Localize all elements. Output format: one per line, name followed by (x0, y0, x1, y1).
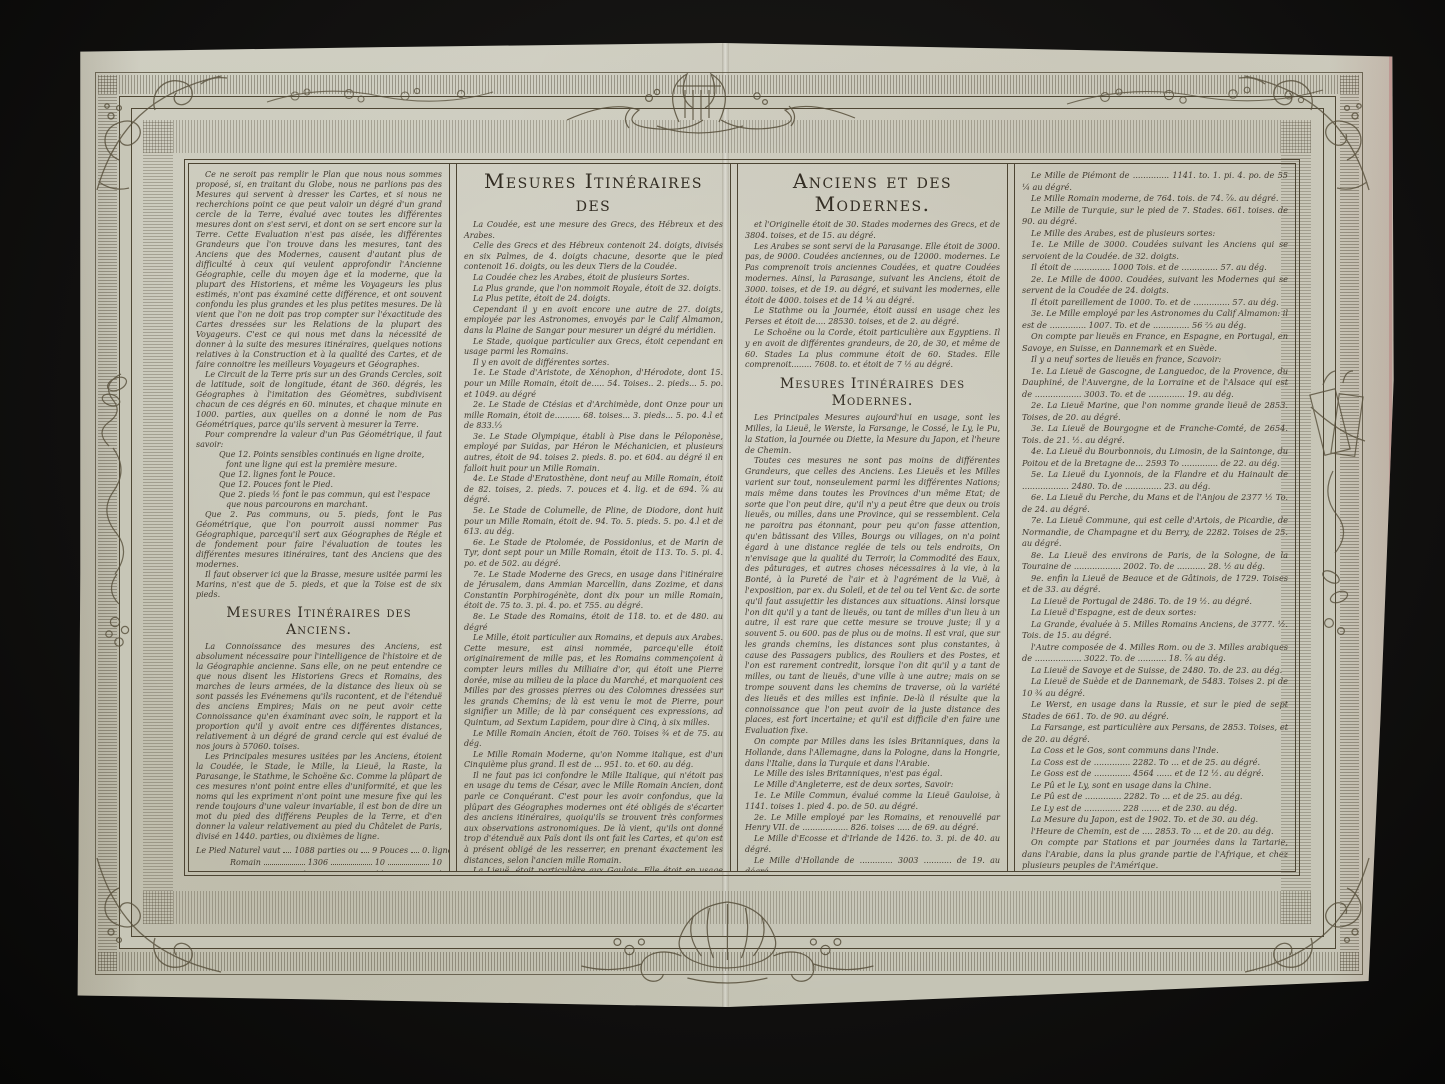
dot-leader (388, 864, 429, 865)
paragraph: 1e. Le Mille Commun, évalué comme la Lie… (745, 791, 1000, 813)
paragraph: Il ne faut pas ici confondre le Mille It… (464, 771, 723, 866)
dot-leader (264, 864, 305, 865)
paragraph: 4e. La Lieuë du Bourbonnois, du Limosin,… (1022, 446, 1288, 469)
paragraph: Il y en avoit de différentes sortes. (464, 358, 723, 369)
plate-title: Anciens et des Modernes. (745, 170, 1000, 216)
paragraph: La Coudée, est une mesure des Grecs, des… (464, 220, 723, 241)
paragraph: Le Mille, étoit particulier aux Romains,… (464, 633, 723, 728)
paragraph: Le Mille de Piémont de .............. 11… (1022, 170, 1288, 193)
table-cell: Grec (230, 869, 249, 871)
paragraph: Toutes ces mesures ne sont pas moins de … (745, 456, 1000, 737)
paragraph: Que 12. Points sensibles continués en li… (226, 450, 442, 470)
paragraph: Il faut observer ici que la Brasse, mesu… (196, 570, 442, 600)
paragraph: Le Mille Romain Ancien, étoit de 760. To… (464, 729, 723, 750)
paragraph: La Mesure du Japon, est de 1902. To. et … (1022, 814, 1288, 826)
paragraph: Le Mille Romain Moderne, qu'on Nomme ita… (464, 750, 723, 771)
plate-title: Mesures Itinéraires des (464, 170, 723, 216)
paragraph: Le Goss est de .............. 4564 .....… (1022, 768, 1288, 780)
dot-leader (411, 852, 419, 853)
table-row: Grec1360114 (196, 869, 442, 871)
paragraph: Il y a neuf sortes de lieuës en france, … (1022, 354, 1288, 366)
table-cell: 1306 (308, 857, 328, 869)
paragraph: 3e. Le Mille employé par les Astronomes … (1022, 308, 1288, 331)
paragraph: Le Mille d'Angleterre, est de deux sorte… (745, 780, 1000, 791)
paragraph: Que 2. Pas communs, ou 5. pieds, font le… (196, 510, 442, 570)
paragraph: La Grande, évaluée à 5. Milles Romains A… (1022, 619, 1288, 642)
paragraph: Le Circuit de la Terre pris sur un des G… (196, 370, 442, 430)
pied-comparison-table: Le Pied Naturel vaut1088 parties ou9 Pou… (196, 845, 442, 871)
paragraph: La Plus petite, étoit de 24. doigts. (464, 294, 723, 305)
paragraph: Les Principales Mesures aujourd'hui en u… (745, 413, 1000, 456)
table-cell: Le Pied Naturel vaut (196, 845, 280, 857)
paragraph: 1e. La Lieuë de Gascogne, de Languedoc, … (1022, 366, 1288, 401)
paragraph: La Coss est de .............. 2282. To .… (1022, 757, 1288, 769)
paragraph: La Lieuë de Portugal de 2486. To. de 19 … (1022, 596, 1288, 608)
paragraph: La Lieuë de Suède et de Dannemark, de 54… (1022, 676, 1288, 699)
column-1: Ce ne seroit pas remplir le Plan que nou… (189, 164, 449, 871)
paragraph: Le Pû est de .............. 2282. To ...… (1022, 791, 1288, 803)
paragraph: l'Autre composée de 4. Milles Rom. ou de… (1022, 642, 1288, 665)
paragraph: Il étoit de .............. 1000 Tois. et… (1022, 262, 1288, 274)
paragraph: La Coudée chez les Arabes, étoit de plus… (464, 273, 723, 284)
dot-leader (283, 852, 291, 853)
paragraph: Le Mille des Arabes, est de plusieurs so… (1022, 228, 1288, 240)
column-divider (1007, 164, 1015, 871)
paragraph: Les Principales mesures usitées par les … (196, 752, 442, 842)
paragraph: Que 12. Pouces font le Pied. (226, 480, 442, 490)
paragraph: Le Mille d'Ecosse et d'Irlande de 1426. … (745, 834, 1000, 856)
paragraph: La Connoissance des mesures des Anciens,… (196, 642, 442, 752)
paragraph: La Lieuë de Savoye et de Suisse, de 2480… (1022, 665, 1288, 677)
table-cell: 1088 parties ou (294, 845, 358, 857)
column-2: Mesures Itinéraires desLa Coudée, est un… (457, 164, 730, 871)
paragraph: Le Ly est de .............. 228 ....... … (1022, 803, 1288, 815)
paragraph: 1e. Le Mille de 3000. Coudées suivant le… (1022, 239, 1288, 262)
table-row: Le Pied Naturel vaut1088 parties ou9 Pou… (196, 845, 442, 857)
paragraph: 3e. La Lieuë de Bourgogne et de Franche-… (1022, 423, 1288, 446)
paragraph: 9e. enfin la Lieuë de Beauce et de Gâtin… (1022, 573, 1288, 596)
paragraph: l'Heure de Chemin, est de .... 2853. To … (1022, 826, 1288, 838)
column-3: Anciens et des Modernes.et l'Originelle … (738, 164, 1007, 871)
paragraph: Le Schoëne ou la Corde, étoit particuliè… (745, 328, 1000, 371)
paragraph: Ce ne seroit pas remplir le Plan que nou… (196, 170, 442, 370)
paragraph: Le Stathme ou la Journée, étoit aussi en… (745, 306, 1000, 328)
paragraph: La Plus grande, que l'on nommoit Royale,… (464, 284, 723, 295)
photo-background: Ce ne seroit pas remplir le Plan que nou… (0, 0, 1445, 1084)
paragraph: et l'Originelle étoit de 30. Stades mode… (745, 220, 1000, 242)
paragraph: La Farsange, est particulière aux Persan… (1022, 722, 1288, 745)
shell-cartouche-ornament (537, 894, 917, 990)
table-cell: 1360 (302, 869, 322, 871)
dot-leader (331, 864, 372, 865)
column-divider (730, 164, 738, 871)
paper-sheet: Ce ne seroit pas remplir le Plan que nou… (75, 42, 1395, 1008)
section-header: Mesures Itinéraires des Anciens. (196, 605, 442, 639)
column-4: Le Mille de Piémont de .............. 11… (1015, 164, 1295, 871)
paragraph: 4e. Le Stade d'Eratosthène, dont neuf au… (464, 474, 723, 506)
table-row: Romain13061010 (196, 857, 442, 869)
paragraph: Les Arabes se sont servi de la Parasange… (745, 242, 1000, 307)
paragraph: La Coss et le Gos, sont communs dans l'I… (1022, 745, 1288, 757)
paragraph: Que 2. pieds ½ font le pas commun, qui e… (226, 490, 442, 510)
paragraph: Le Stade, quoique particulier aux Grecs,… (464, 337, 723, 358)
paragraph: Celle des Grecs et des Hébreux contenoit… (464, 241, 723, 273)
paragraph: 7e. La Lieuë Commune, qui est celle d'Ar… (1022, 515, 1288, 550)
lyre-and-drapery-ornament (561, 68, 861, 144)
paragraph: 6e. La Lieuë du Perche, du Mans et de l'… (1022, 492, 1288, 515)
paragraph: Cependant il y en avoit encore une autre… (464, 305, 723, 337)
column-divider (449, 164, 457, 871)
inner-text-panel: Ce ne seroit pas remplir le Plan que nou… (188, 163, 1296, 872)
paragraph: Que 12. lignes font le Pouce. (226, 470, 442, 480)
flower-garland-ornament-right (1065, 82, 1325, 116)
paragraph: Pour comprendre la valeur d'un Pas Géomé… (196, 430, 442, 450)
paragraph: 2e. Le Mille de 4000. Coudées, suivant l… (1022, 274, 1288, 297)
table-cell: 11 (374, 869, 384, 871)
table-cell: 9 Pouces (372, 845, 408, 857)
flower-garland-ornament-left (265, 82, 495, 112)
paragraph: La Lieuë d'Espagne, est de deux sortes: (1022, 607, 1288, 619)
table-cell: 10 (375, 857, 385, 869)
paragraph: On compte par Milles dans les isles Brit… (745, 737, 1000, 769)
paragraph: La Lieuë, étoit particulière aux Gaulois… (464, 866, 723, 871)
paragraph: 6e. Le Stade de Ptolomée, de Possidonius… (464, 538, 723, 570)
dot-leader (361, 852, 369, 853)
paragraph: 5e. La Lieuë du Lyonnois, de la Flandre … (1022, 469, 1288, 492)
paragraph: Il étoit pareillement de 1000. To. et de… (1022, 297, 1288, 309)
table-cell: 0. lignes. (422, 845, 449, 857)
paragraph: On compte par Stations et par journées d… (1022, 837, 1288, 871)
paragraph: 8e. La Lieuë des environs de Paris, de l… (1022, 550, 1288, 573)
paragraph: Le Mille des isles Britanniques, n'est p… (745, 769, 1000, 780)
paper-edge-highlight (1389, 52, 1392, 989)
paragraph: 2e. Le Stade de Ctésias et d'Archimède, … (464, 400, 723, 432)
paragraph: Le Mille Romain moderne, de 764. tois. d… (1022, 193, 1288, 205)
paragraph: 8e. Le Stade des Romains, étoit de 118. … (464, 612, 723, 633)
table-cell: 10 (432, 857, 442, 869)
paragraph: 2e. La Lieuë Marine, que l'on nomme gran… (1022, 400, 1288, 423)
paragraph: On compte par lieuës en France, en Espag… (1022, 331, 1288, 354)
table-cell: Romain (230, 857, 261, 869)
book-trophy-ornament (1303, 351, 1373, 661)
paragraph: 3e. Le Stade Olympique, établi à Pise da… (464, 432, 723, 474)
paragraph: Le Mille de Turquie, sur le pied de 7. S… (1022, 205, 1288, 228)
table-cell: 4 (437, 869, 442, 871)
paragraph: Le Mille d'Hollande de ............. 300… (745, 856, 1000, 871)
ribbon-and-flowers-ornament (91, 370, 157, 670)
paragraph: 7e. Le Stade Moderne des Grecs, en usage… (464, 570, 723, 612)
section-header: Mesures Itinéraires des Modernes. (745, 376, 1000, 410)
paragraph: 2e. Le Mille employé par les Romains, et… (745, 813, 1000, 835)
paragraph: 5e. Le Stade de Columelle, de Pline, de … (464, 506, 723, 538)
paragraph: 1e. Le Stade d'Aristote, de Xénophon, d'… (464, 368, 723, 400)
paragraph: Le Werst, en usage dans la Russie, et su… (1022, 699, 1288, 722)
paragraph: Le Pû et le Ly, sont en usage dans la Ch… (1022, 780, 1288, 792)
